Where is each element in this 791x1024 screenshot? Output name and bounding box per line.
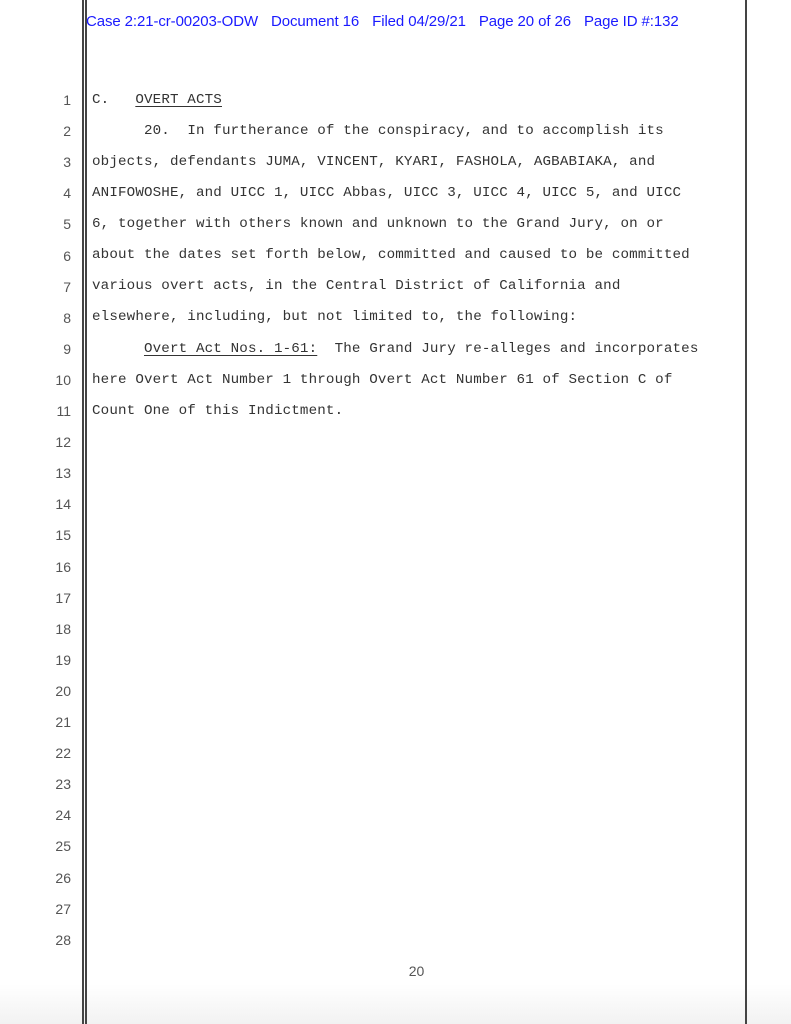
body-line-5: 6, together with others known and unknow… (92, 216, 664, 232)
case-number: Case 2:21-cr-00203-ODW (86, 13, 258, 30)
body-line-10: here Overt Act Number 1 through Overt Ac… (92, 372, 672, 388)
body-line-3: objects, defendants JUMA, VINCENT, KYARI… (92, 154, 655, 170)
text: The Grand Jury re-alleges and incorporat… (335, 341, 699, 357)
filed-date: Filed 04/29/21 (372, 13, 466, 30)
page-count: Page 20 of 26 (479, 13, 571, 30)
line-number: 19 (30, 652, 71, 668)
page-number: 20 (0, 963, 791, 979)
line-number: 14 (30, 496, 71, 512)
line-number: 10 (30, 372, 71, 388)
line-number: 21 (30, 714, 71, 730)
line-number: 9 (30, 341, 71, 357)
overt-act-heading: Overt Act Nos. 1-61: (144, 341, 317, 357)
line-number: 18 (30, 621, 71, 637)
line-number: 2 (30, 123, 71, 139)
section-letter: C. (92, 92, 109, 108)
line-number: 5 (30, 216, 71, 232)
line-number: 12 (30, 434, 71, 450)
section-heading: C. OVERT ACTS (92, 92, 222, 108)
paragraph-20-line-1: 20. In furtherance of the conspiracy, an… (92, 123, 664, 139)
body-line-7: various overt acts, in the Central Distr… (92, 278, 621, 294)
body-line-6: about the dates set forth below, committ… (92, 247, 690, 263)
body-line-8: elsewhere, including, but not limited to… (92, 309, 577, 325)
line-number: 17 (30, 590, 71, 606)
line-number: 4 (30, 185, 71, 201)
body-line-11: Count One of this Indictment. (92, 403, 343, 419)
left-margin-rule-inner (85, 0, 87, 1024)
line-number: 26 (30, 870, 71, 886)
line-number: 7 (30, 279, 71, 295)
line-number: 24 (30, 807, 71, 823)
line-number: 6 (30, 248, 71, 264)
line-number: 13 (30, 465, 71, 481)
line-number: 3 (30, 154, 71, 170)
line-number: 23 (30, 776, 71, 792)
line-number: 15 (30, 527, 71, 543)
text: In furtherance of the conspiracy, and to… (187, 123, 664, 139)
bottom-shadow (0, 984, 791, 1024)
overt-acts-paragraph: Overt Act Nos. 1-61: The Grand Jury re-a… (92, 341, 698, 357)
line-number: 20 (30, 683, 71, 699)
line-number: 25 (30, 838, 71, 854)
line-number: 22 (30, 745, 71, 761)
line-number: 11 (30, 403, 71, 419)
ecf-header: Case 2:21-cr-00203-ODWDocument 16Filed 0… (86, 13, 692, 30)
document-number: Document 16 (271, 13, 359, 30)
line-number: 28 (30, 932, 71, 948)
section-title: OVERT ACTS (135, 92, 222, 108)
line-number: 1 (30, 92, 71, 108)
left-margin-rule-outer (82, 0, 84, 1024)
body-line-4: ANIFOWOSHE, and UICC 1, UICC Abbas, UICC… (92, 185, 681, 201)
page-id: Page ID #:132 (584, 13, 679, 30)
line-number: 8 (30, 310, 71, 326)
paragraph-number: 20. (144, 123, 170, 139)
right-margin-rule (745, 0, 747, 1024)
line-number: 27 (30, 901, 71, 917)
line-number: 16 (30, 559, 71, 575)
